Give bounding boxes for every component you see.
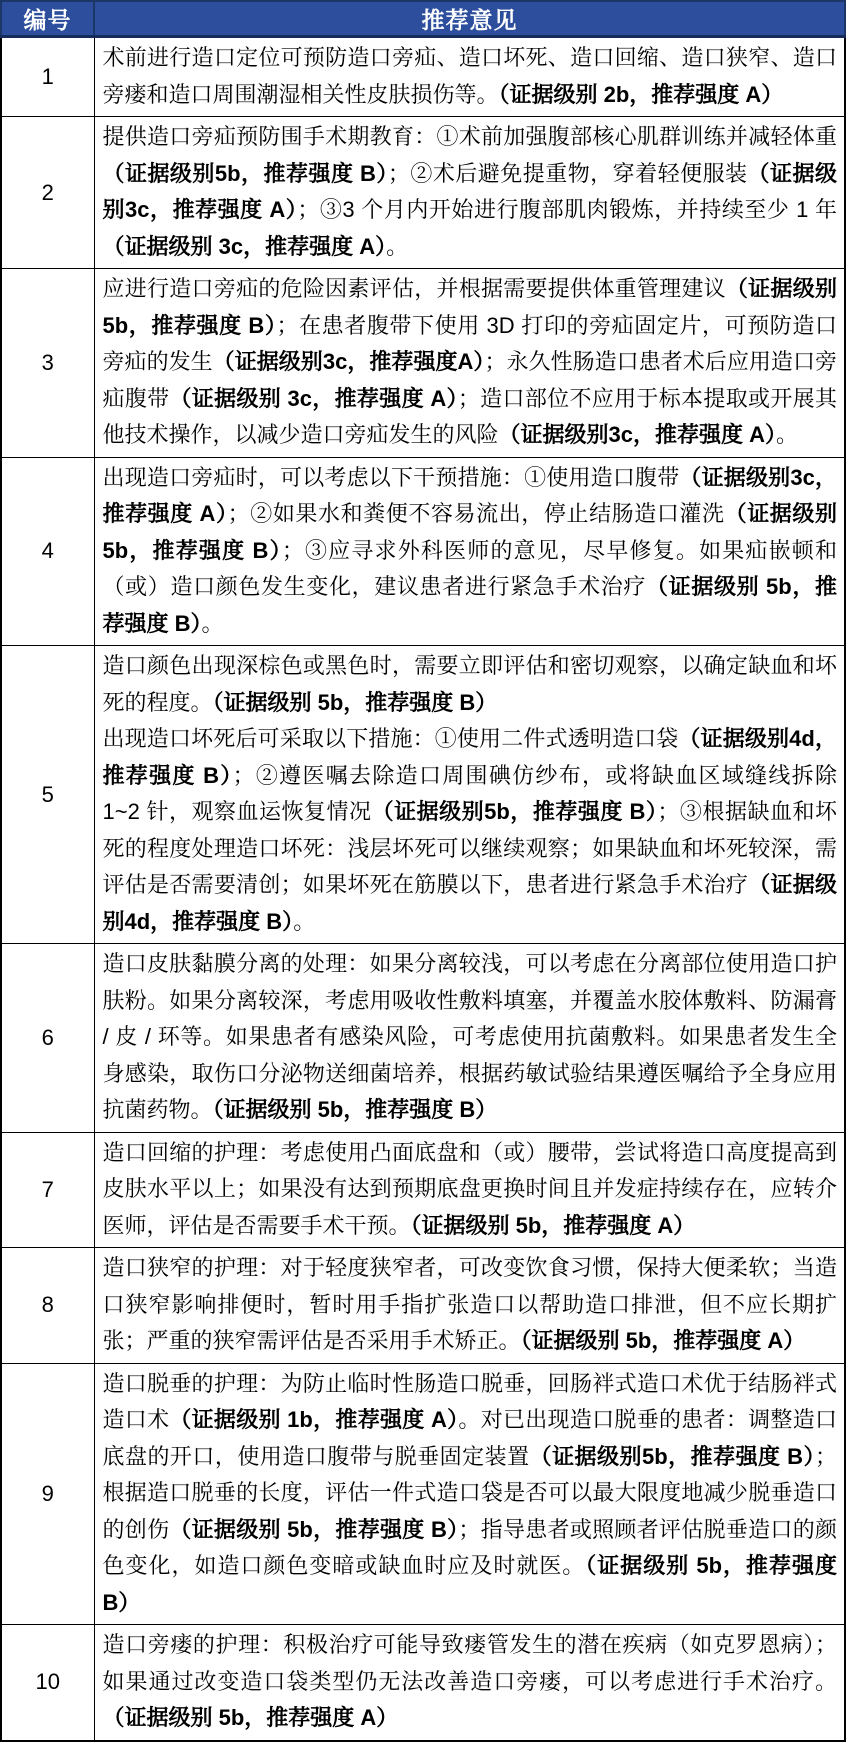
row-number: 8	[1, 1248, 94, 1364]
table-row: 10造口旁瘘的护理：积极治疗可能导致瘘管发生的潜在疾病（如克罗恩病）；如果通过改…	[1, 1625, 845, 1741]
recommendation-segment: 出现造口旁疝时，可以考虑以下干预措施：①使用造口腹带	[103, 465, 680, 490]
row-number: 7	[1, 1132, 94, 1248]
recommendation-segment: 造口旁瘘的护理：积极治疗可能导致瘘管发生的潜在疾病（如克罗恩病）；如果通过改变造…	[103, 1632, 838, 1694]
header-cell-recommendation: 推荐意见	[94, 1, 845, 37]
table-row: 6造口皮肤黏膜分离的处理：如果分离较浅，可以考虑在分离部位使用造口护肤粉。如果分…	[1, 944, 845, 1133]
recommendation-segment: 出现造口坏死后可采取以下措施：①使用二件式透明造口袋	[103, 726, 679, 751]
recommendation-paragraph: 造口旁瘘的护理：积极治疗可能导致瘘管发生的潜在疾病（如克罗恩病）；如果通过改变造…	[103, 1627, 838, 1737]
evidence-grade-label: （证据级别 5b，推荐强度 B）	[169, 1517, 458, 1542]
recommendation-segment: 。	[202, 611, 224, 636]
evidence-grade-label: （证据级别 5b，推荐强度 A）	[521, 1328, 806, 1353]
recommendation-paragraph: 造口颜色出现深棕色或黑色时，需要立即评估和密切观察，以确定缺血和坏死的程度。（证…	[103, 648, 838, 721]
recommendation-segment: 。	[293, 909, 315, 934]
recommendation-paragraph: 提供造口旁疝预防围手术期教育：①术前加强腹部核心肌群训练并减轻体重（证据级别5b…	[103, 119, 838, 265]
row-number: 1	[1, 37, 94, 117]
row-number: 10	[1, 1625, 94, 1741]
recommendation-text: 造口颜色出现深棕色或黑色时，需要立即评估和密切观察，以确定缺血和坏死的程度。（证…	[94, 646, 845, 944]
evidence-grade-label: （证据级别5b，推荐强度 B）	[103, 161, 388, 186]
recommendation-segment: ；③3 个月内开始进行腹部肌肉锻炼，并持续至少 1 年	[297, 197, 837, 222]
recommendation-segment: 应进行造口旁疝的危险因素评估，并根据需要提供体重管理建议	[103, 276, 726, 301]
evidence-grade-label: （证据级别 5b，推荐强度 B）	[213, 1097, 498, 1122]
recommendation-paragraph: 造口皮肤黏膜分离的处理：如果分离较浅，可以考虑在分离部位使用造口护肤粉。如果分离…	[103, 946, 838, 1129]
recommendation-text: 术前进行造口定位可预防造口旁疝、造口坏死、造口回缩、造口狭窄、造口旁瘘和造口周围…	[94, 37, 845, 117]
recommendation-paragraph: 出现造口旁疝时，可以考虑以下干预措施：①使用造口腹带（证据级别3c，推荐强度 A…	[103, 460, 838, 643]
recommendation-segment: 。	[386, 234, 408, 259]
recommendation-segment: ；②术后避免提重物，穿着轻便服装	[388, 161, 748, 186]
evidence-grade-label: （证据级别5b，推荐强度 B）	[372, 799, 658, 824]
row-number: 3	[1, 269, 94, 458]
recommendation-text: 应进行造口旁疝的危险因素评估，并根据需要提供体重管理建议（证据级别 5b，推荐强…	[94, 269, 845, 458]
table-row: 5造口颜色出现深棕色或黑色时，需要立即评估和密切观察，以确定缺血和坏死的程度。（…	[1, 646, 845, 944]
table-header: 编号 推荐意见	[1, 1, 845, 37]
recommendation-text: 造口狭窄的护理：对于轻度狭窄者，可改变饮食习惯，保持大便柔软；当造口狭窄影响排便…	[94, 1248, 845, 1364]
evidence-grade-label: （证据级别3c，推荐强度A）	[213, 349, 485, 374]
recommendation-paragraph: 造口脱垂的护理：为防止临时性肠造口脱垂，回肠袢式造口术优于结肠袢式造口术（证据级…	[103, 1366, 838, 1622]
recommendation-text: 造口回缩的护理：考虑使用凸面底盘和（或）腰带，尝试将造口高度提高到皮肤水平以上；…	[94, 1132, 845, 1248]
table-body: 1术前进行造口定位可预防造口旁疝、造口坏死、造口回缩、造口狭窄、造口旁瘘和造口周…	[1, 37, 845, 1741]
recommendation-paragraph: 出现造口坏死后可采取以下措施：①使用二件式透明造口袋（证据级别4d，推荐强度 B…	[103, 721, 838, 940]
recommendation-segment: ；②如果水和粪便不容易流出，停止结肠造口灌洗	[228, 501, 725, 526]
recommendation-table: 编号 推荐意见 1术前进行造口定位可预防造口旁疝、造口坏死、造口回缩、造口狭窄、…	[0, 0, 846, 1742]
table-row: 2提供造口旁疝预防围手术期教育：①术前加强腹部核心肌群训练并减轻体重（证据级别5…	[1, 117, 845, 269]
row-number: 9	[1, 1363, 94, 1625]
row-number: 5	[1, 646, 94, 944]
evidence-grade-label: （证据级别 5b，推荐强度 B）	[213, 690, 498, 715]
table-row: 1术前进行造口定位可预防造口旁疝、造口坏死、造口回缩、造口狭窄、造口旁瘘和造口周…	[1, 37, 845, 117]
recommendation-paragraph: 造口狭窄的护理：对于轻度狭窄者，可改变饮食习惯，保持大便柔软；当造口狭窄影响排便…	[103, 1250, 838, 1360]
evidence-grade-label: （证据级别 2b，推荐强度 A）	[499, 82, 784, 107]
evidence-grade-label: （证据级别 5b，推荐强度 A）	[411, 1213, 696, 1238]
recommendation-segment: 提供造口旁疝预防围手术期教育：①术前加强腹部核心肌群训练并减轻体重	[103, 124, 838, 149]
recommendation-paragraph: 术前进行造口定位可预防造口旁疝、造口坏死、造口回缩、造口狭窄、造口旁瘘和造口周围…	[103, 40, 838, 113]
recommendation-text: 造口脱垂的护理：为防止临时性肠造口脱垂，回肠袢式造口术优于结肠袢式造口术（证据级…	[94, 1363, 845, 1625]
recommendation-paragraph: 造口回缩的护理：考虑使用凸面底盘和（或）腰带，尝试将造口高度提高到皮肤水平以上；…	[103, 1135, 838, 1245]
evidence-grade-label: （证据级别5b，推荐强度 B）	[530, 1444, 815, 1469]
table-row: 7造口回缩的护理：考虑使用凸面底盘和（或）腰带，尝试将造口高度提高到皮肤水平以上…	[1, 1132, 845, 1248]
table-row: 3应进行造口旁疝的危险因素评估，并根据需要提供体重管理建议（证据级别 5b，推荐…	[1, 269, 845, 458]
header-cell-number: 编号	[1, 1, 94, 37]
evidence-grade-label: （证据级别 5b，推荐强度 A）	[103, 1705, 399, 1730]
recommendation-paragraph: 应进行造口旁疝的危险因素评估，并根据需要提供体重管理建议（证据级别 5b，推荐强…	[103, 271, 838, 454]
recommendation-text: 提供造口旁疝预防围手术期教育：①术前加强腹部核心肌群训练并减轻体重（证据级别5b…	[94, 117, 845, 269]
evidence-grade-label: （证据级别 1b，推荐强度 A）	[169, 1407, 458, 1432]
row-number: 4	[1, 457, 94, 646]
evidence-grade-label: （证据级别 3c，推荐强度 A）	[103, 234, 387, 259]
table-row: 8造口狭窄的护理：对于轻度狭窄者，可改变饮食习惯，保持大便柔软；当造口狭窄影响排…	[1, 1248, 845, 1364]
row-number: 2	[1, 117, 94, 269]
recommendation-text: 出现造口旁疝时，可以考虑以下干预措施：①使用造口腹带（证据级别3c，推荐强度 A…	[94, 457, 845, 646]
recommendation-text: 造口皮肤黏膜分离的处理：如果分离较浅，可以考虑在分离部位使用造口护肤粉。如果分离…	[94, 944, 845, 1133]
header-row: 编号 推荐意见	[1, 1, 845, 37]
evidence-grade-label: （证据级别3c，推荐强度 A）	[499, 422, 776, 447]
table-row: 4出现造口旁疝时，可以考虑以下干预措施：①使用造口腹带（证据级别3c，推荐强度 …	[1, 457, 845, 646]
recommendation-segment: 。	[776, 422, 798, 447]
recommendation-page: 编号 推荐意见 1术前进行造口定位可预防造口旁疝、造口坏死、造口回缩、造口狭窄、…	[0, 0, 846, 1742]
table-row: 9造口脱垂的护理：为防止临时性肠造口脱垂，回肠袢式造口术优于结肠袢式造口术（证据…	[1, 1363, 845, 1625]
recommendation-text: 造口旁瘘的护理：积极治疗可能导致瘘管发生的潜在疾病（如克罗恩病）；如果通过改变造…	[94, 1625, 845, 1741]
row-number: 6	[1, 944, 94, 1133]
evidence-grade-label: （证据级别 3c，推荐强度 A）	[169, 386, 457, 411]
